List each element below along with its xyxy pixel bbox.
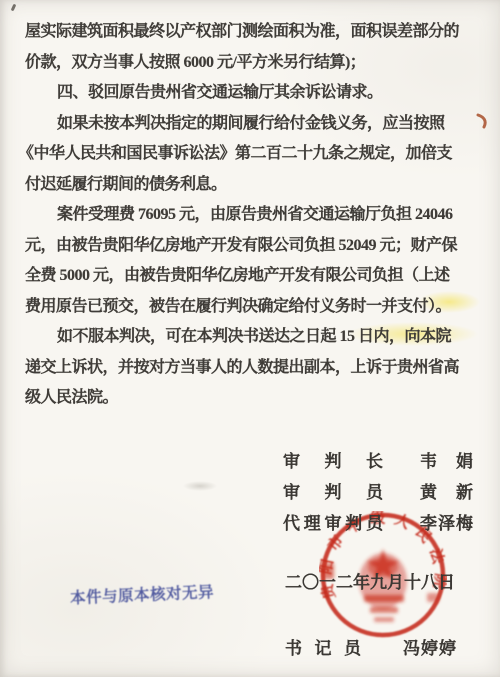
clerk-role: 书记员 <box>285 638 361 660</box>
signature-role: 审判长 <box>283 446 383 477</box>
scan-smudge <box>183 481 217 491</box>
judgment-body: 屋实际建筑面积最终以产权部门测绘面积为准，面积误差部分的价款，双方当事人按照 6… <box>25 17 480 414</box>
body-line: 如果未按本判决指定的期间履行给付金钱义务，应当按照 <box>25 109 480 140</box>
body-line: 级人民法院。 <box>25 383 480 414</box>
body-line: 价款，双方当事人按照 6000 元/平方米另行结算)； <box>25 48 480 79</box>
scan-speck <box>11 4 17 12</box>
verification-stamp: 本件与原本核对无异 <box>70 580 215 608</box>
body-line: 《中华人民共和国民事诉讼法》第二百二十九条之规定，加倍支 <box>18 139 480 170</box>
signature-block: 审判长韦 娟审判员黄 新代理审判员李泽梅 <box>283 446 474 539</box>
signature-role: 代理审判员 <box>283 508 383 539</box>
judgment-date: 二〇一二年九月十八日 <box>285 572 455 594</box>
body-line: 全费 5000 元，由被告贵阳华亿房地产开发有限公司负担（上述 <box>25 261 480 292</box>
signature-name: 李泽梅 <box>420 508 474 539</box>
body-line: 费用原告已预交，被告在履行判决确定给付义务时一并支付）。 <box>25 292 480 323</box>
signature-name: 韦 娟 <box>420 446 474 477</box>
judgment-page: 贵阳市中级人民法院 屋实际建筑面积最终以产权部门测绘面积为准，面积误差部分的价款… <box>0 0 500 677</box>
body-line: 如不服本判决，可在本判决书送达之日起 15 日内，向本院 <box>25 322 480 353</box>
body-line: 元，由被告贵阳华亿房地产开发有限公司负担 52049 元；财产保 <box>25 231 480 262</box>
clerk-name: 冯婷婷 <box>403 638 457 660</box>
body-line: 案件受理费 76095 元，由原告贵州省交通运输厅负担 24046 <box>25 200 480 231</box>
signature-row: 代理审判员李泽梅 <box>283 508 474 539</box>
body-line: 递交上诉状，并按对方当事人的人数提出副本，上诉于贵州省高 <box>25 353 480 384</box>
body-line: 屋实际建筑面积最终以产权部门测绘面积为准，面积误差部分的 <box>25 17 480 48</box>
signature-row: 审判员黄 新 <box>283 477 474 508</box>
signature-row: 审判长韦 娟 <box>283 446 474 477</box>
signature-role: 审判员 <box>283 477 383 508</box>
signature-name: 黄 新 <box>420 477 474 508</box>
body-line: 四、驳回原告贵州省交通运输厅其余诉讼请求。 <box>25 78 480 109</box>
body-line: 付迟延履行期间的债务利息。 <box>25 170 480 201</box>
clerk-line: 书记员冯婷婷 <box>285 638 457 660</box>
